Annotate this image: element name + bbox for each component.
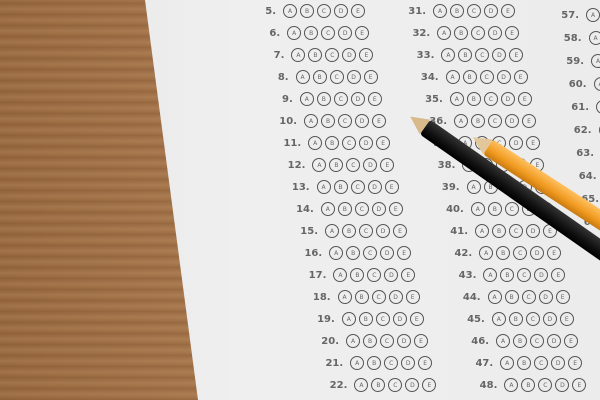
answer-bubble-c[interactable]: C	[480, 70, 494, 84]
question-number: 18.	[307, 292, 331, 303]
answer-bubble-d[interactable]: D	[530, 246, 544, 260]
question-row: 7.ABCDE	[260, 48, 373, 62]
answer-bubble-c[interactable]: C	[509, 224, 523, 238]
answer-bubble-b[interactable]: B	[363, 334, 377, 348]
answer-bubble-d[interactable]: D	[380, 246, 394, 260]
question-number: 44.	[457, 292, 481, 303]
answer-bubble-a[interactable]: A	[504, 378, 518, 392]
answer-bubble-a[interactable]: A	[325, 224, 339, 238]
answer-bubble-e[interactable]: E	[518, 92, 532, 106]
question-number: 20.	[315, 336, 339, 347]
question-row: 31.ABCDE	[402, 4, 515, 18]
answer-bubble-c[interactable]: C	[317, 4, 331, 18]
question-number: 63.	[570, 148, 594, 159]
answer-bubble-c[interactable]: C	[475, 48, 489, 62]
answer-bubble-c[interactable]: C	[534, 356, 548, 370]
question-number: 11.	[277, 138, 301, 149]
answer-bubble-c[interactable]: C	[505, 202, 519, 216]
answer-bubble-e[interactable]: E	[560, 312, 574, 326]
question-number: 46.	[465, 336, 489, 347]
question-row: 17.ABCDE	[302, 268, 415, 282]
answer-bubble-c[interactable]: C	[321, 26, 335, 40]
question-number: 33.	[410, 50, 434, 61]
answer-bubble-b[interactable]: B	[513, 334, 527, 348]
question-number: 5.	[252, 6, 276, 17]
question-row: 32.ABCDE	[406, 26, 519, 40]
answer-bubble-a[interactable]: A	[333, 268, 347, 282]
question-row: 43.ABCDE	[452, 268, 565, 282]
answer-bubble-a[interactable]: A	[488, 290, 502, 304]
answer-bubble-a[interactable]: A	[317, 180, 331, 194]
answer-bubble-a[interactable]: A	[300, 92, 314, 106]
answer-bubble-d[interactable]: D	[397, 334, 411, 348]
answer-bubble-e[interactable]: E	[359, 48, 373, 62]
question-number: 21.	[319, 358, 343, 369]
answer-bubble-e[interactable]: E	[401, 268, 415, 282]
answer-bubble-b[interactable]: B	[334, 180, 348, 194]
question-row: 16.ABCDE	[298, 246, 411, 260]
question-row: 6.ABCDE	[256, 26, 369, 40]
question-number: 62.	[568, 125, 592, 136]
answer-bubble-b[interactable]: B	[471, 114, 485, 128]
question-row: 59.ABCDE	[560, 54, 600, 68]
question-row: 46.ABCDE	[465, 334, 578, 348]
answer-bubble-e[interactable]: E	[410, 312, 424, 326]
question-row: 19.ABCDE	[311, 312, 424, 326]
answer-bubble-e[interactable]: E	[568, 356, 582, 370]
question-row: 34.ABCDE	[415, 70, 528, 84]
answer-bubble-e[interactable]: E	[505, 26, 519, 40]
question-row: 20.ABCDE	[315, 334, 428, 348]
answer-bubble-e[interactable]: E	[355, 26, 369, 40]
question-row: 48.ABCDE	[473, 378, 586, 392]
answer-bubble-c[interactable]: C	[338, 114, 352, 128]
answer-bubble-e[interactable]: E	[376, 136, 390, 150]
answer-bubble-e[interactable]: E	[385, 180, 399, 194]
answer-bubble-a[interactable]: A	[594, 77, 600, 91]
answer-bubble-b[interactable]: B	[325, 136, 339, 150]
answer-bubble-a[interactable]: A	[596, 100, 600, 114]
question-number: 9.	[269, 94, 293, 105]
answer-bubble-c[interactable]: C	[513, 246, 527, 260]
question-number: 41.	[444, 226, 468, 237]
answer-bubble-e[interactable]: E	[393, 224, 407, 238]
answer-bubble-c[interactable]: C	[380, 334, 394, 348]
question-number: 10.	[273, 116, 297, 127]
answer-bubble-a[interactable]: A	[346, 334, 360, 348]
answer-bubble-a[interactable]: A	[450, 92, 464, 106]
question-number: 45.	[461, 314, 485, 325]
question-row: 44.ABCDE	[457, 290, 570, 304]
answer-bubble-b[interactable]: B	[300, 4, 314, 18]
answer-bubble-d[interactable]: D	[376, 224, 390, 238]
question-number: 19.	[311, 314, 335, 325]
answer-bubble-c[interactable]: C	[325, 48, 339, 62]
answer-bubble-b[interactable]: B	[308, 48, 322, 62]
answer-bubble-b[interactable]: B	[342, 224, 356, 238]
answer-bubble-b[interactable]: B	[329, 158, 343, 172]
answer-bubble-e[interactable]: E	[509, 48, 523, 62]
question-number: 17.	[302, 270, 326, 281]
answer-bubble-a[interactable]: A	[454, 114, 468, 128]
question-number: 47.	[469, 358, 493, 369]
question-number: 32.	[406, 28, 430, 39]
answer-bubble-e[interactable]: E	[368, 92, 382, 106]
answer-bubble-d[interactable]: D	[405, 378, 419, 392]
answer-bubble-b[interactable]: B	[355, 290, 369, 304]
answer-bubble-b[interactable]: B	[509, 312, 523, 326]
question-number: 31.	[402, 6, 426, 17]
question-row: 9.ABCDE	[269, 92, 382, 106]
question-row: 10.ABCDE	[273, 114, 386, 128]
answer-bubble-d[interactable]: D	[501, 92, 515, 106]
answer-bubble-c[interactable]: C	[342, 136, 356, 150]
answer-bubble-d[interactable]: D	[372, 202, 386, 216]
answer-bubble-e[interactable]: E	[380, 158, 394, 172]
answer-bubble-a[interactable]: A	[437, 26, 451, 40]
answer-bubble-a[interactable]: A	[354, 378, 368, 392]
answer-bubble-c[interactable]: C	[372, 290, 386, 304]
question-row: 11.ABCDE	[277, 136, 390, 150]
answer-bubble-a[interactable]: A	[479, 246, 493, 260]
answer-bubble-d[interactable]: D	[534, 268, 548, 282]
question-number: 39.	[436, 182, 460, 193]
answer-bubble-e[interactable]: E	[418, 356, 432, 370]
question-number: 6.	[256, 28, 280, 39]
answer-bubble-d[interactable]: D	[347, 70, 361, 84]
answer-bubble-c[interactable]: C	[517, 268, 531, 282]
answer-bubble-a[interactable]: A	[321, 202, 335, 216]
answer-bubble-c[interactable]: C	[367, 268, 381, 282]
answer-bubble-d[interactable]: D	[547, 334, 561, 348]
question-row: 58.ABCDE	[558, 31, 600, 45]
answer-bubble-a[interactable]: A	[589, 31, 600, 45]
question-row: 13.ABCDE	[286, 180, 399, 194]
answer-bubble-c[interactable]: C	[526, 312, 540, 326]
question-row: 5.ABCDE	[252, 4, 365, 18]
answer-bubble-d[interactable]: D	[338, 26, 352, 40]
answer-bubble-b[interactable]: B	[317, 92, 331, 106]
answer-bubble-b[interactable]: B	[359, 312, 373, 326]
question-row: 61.ABCDE	[565, 100, 600, 114]
answer-bubble-e[interactable]: E	[522, 114, 536, 128]
answer-bubble-a[interactable]: A	[467, 180, 481, 194]
answer-bubble-c[interactable]: C	[355, 202, 369, 216]
answer-bubble-d[interactable]: D	[551, 356, 565, 370]
question-number: 13.	[286, 182, 310, 193]
answer-bubble-a[interactable]: A	[296, 70, 310, 84]
question-number: 57.	[555, 10, 579, 21]
answer-bubble-c[interactable]: C	[334, 92, 348, 106]
answer-bubble-b[interactable]: B	[454, 26, 468, 40]
question-row: 21.ABCDE	[319, 356, 432, 370]
answer-bubble-d[interactable]: D	[497, 70, 511, 84]
answer-bubble-c[interactable]: C	[359, 224, 373, 238]
answer-bubble-e[interactable]: E	[514, 70, 528, 84]
answer-bubble-e[interactable]: E	[372, 114, 386, 128]
answer-bubble-c[interactable]: C	[346, 158, 360, 172]
answer-bubble-c[interactable]: C	[376, 312, 390, 326]
question-number: 22.	[323, 380, 347, 391]
question-row: 15.ABCDE	[294, 224, 407, 238]
answer-bubble-e[interactable]: E	[364, 70, 378, 84]
question-number: 35.	[419, 94, 443, 105]
photo-scene: 5.ABCDE6.ABCDE7.ABCDE8.ABCDE9.ABCDE10.AB…	[0, 0, 600, 400]
answer-bubble-d[interactable]: D	[363, 158, 377, 172]
answer-bubble-c[interactable]: C	[330, 70, 344, 84]
answer-bubble-b[interactable]: B	[458, 48, 472, 62]
answer-bubble-a[interactable]: A	[291, 48, 305, 62]
answer-bubble-e[interactable]: E	[397, 246, 411, 260]
answer-bubble-e[interactable]: E	[556, 290, 570, 304]
question-row: 22.ABCDE	[323, 378, 436, 392]
answer-bubble-a[interactable]: A	[329, 246, 343, 260]
answer-bubble-d[interactable]: D	[539, 290, 553, 304]
answer-bubble-a[interactable]: A	[338, 290, 352, 304]
answer-bubble-d[interactable]: D	[505, 114, 519, 128]
answer-bubble-d[interactable]: D	[401, 356, 415, 370]
answer-bubble-a[interactable]: A	[496, 334, 510, 348]
answer-bubble-b[interactable]: B	[500, 268, 514, 282]
answer-bubble-c[interactable]: C	[488, 114, 502, 128]
answer-bubble-d[interactable]: D	[368, 180, 382, 194]
answer-bubble-b[interactable]: B	[496, 246, 510, 260]
answer-bubble-c[interactable]: C	[384, 356, 398, 370]
question-number: 42.	[448, 248, 472, 259]
question-row: 60.ABCDE	[563, 77, 600, 91]
answer-bubble-b[interactable]: B	[350, 268, 364, 282]
question-number: 40.	[440, 204, 464, 215]
answer-bubble-e[interactable]: E	[422, 378, 436, 392]
answer-bubble-d[interactable]: D	[555, 378, 569, 392]
answer-bubble-a[interactable]: A	[308, 136, 322, 150]
question-number: 60.	[563, 79, 587, 90]
answer-bubble-b[interactable]: B	[367, 356, 381, 370]
answer-bubble-d[interactable]: D	[351, 92, 365, 106]
answer-bubble-d[interactable]: D	[359, 136, 373, 150]
answer-bubble-a[interactable]: A	[350, 356, 364, 370]
answer-bubble-c[interactable]: C	[471, 26, 485, 40]
answer-bubble-d[interactable]: D	[488, 26, 502, 40]
answer-bubble-b[interactable]: B	[517, 356, 531, 370]
answer-bubble-d[interactable]: D	[384, 268, 398, 282]
answer-bubble-d[interactable]: D	[342, 48, 356, 62]
question-row: 47.ABCDE	[469, 356, 582, 370]
answer-bubble-a[interactable]: A	[471, 202, 485, 216]
answer-bubble-b[interactable]: B	[338, 202, 352, 216]
answer-bubble-b[interactable]: B	[463, 70, 477, 84]
answer-bubble-e[interactable]: E	[526, 136, 540, 150]
question-row: 35.ABCDE	[419, 92, 532, 106]
answer-bubble-d[interactable]: D	[543, 312, 557, 326]
answer-bubble-b[interactable]: B	[313, 70, 327, 84]
answer-bubble-b[interactable]: B	[488, 202, 502, 216]
question-row: 64.ABCDE	[573, 169, 600, 183]
answer-bubble-d[interactable]: D	[389, 290, 403, 304]
answer-bubble-a[interactable]: A	[342, 312, 356, 326]
answer-bubble-b[interactable]: B	[450, 4, 464, 18]
question-row: 18.ABCDE	[307, 290, 420, 304]
question-number: 7.	[260, 50, 284, 61]
answer-bubble-c[interactable]: C	[351, 180, 365, 194]
answer-bubble-a[interactable]: A	[483, 268, 497, 282]
answer-bubble-e[interactable]: E	[572, 378, 586, 392]
answer-bubble-e[interactable]: E	[547, 246, 561, 260]
answer-bubble-e[interactable]: E	[551, 268, 565, 282]
answer-bubble-a[interactable]: A	[446, 70, 460, 84]
question-row: 63.ABCDE	[570, 146, 600, 160]
question-number: 15.	[294, 226, 318, 237]
answer-bubble-b[interactable]: B	[492, 224, 506, 238]
question-row: 14.ABCDE	[290, 202, 403, 216]
answer-bubble-e[interactable]: E	[501, 4, 515, 18]
answer-bubble-b[interactable]: B	[521, 378, 535, 392]
answer-bubble-a[interactable]: A	[500, 356, 514, 370]
question-row: 8.ABCDE	[265, 70, 378, 84]
question-row: 33.ABCDE	[410, 48, 523, 62]
answer-bubble-a[interactable]: A	[492, 312, 506, 326]
answer-bubble-e[interactable]: E	[389, 202, 403, 216]
answer-bubble-c[interactable]: C	[363, 246, 377, 260]
answer-bubble-a[interactable]: A	[475, 224, 489, 238]
answer-bubble-e[interactable]: E	[406, 290, 420, 304]
answer-bubble-b[interactable]: B	[304, 26, 318, 40]
question-number: 58.	[558, 33, 582, 44]
question-row: 57.ABCDE	[555, 8, 600, 22]
question-number: 48.	[473, 380, 497, 391]
question-number: 61.	[565, 102, 589, 113]
answer-bubble-d[interactable]: D	[334, 4, 348, 18]
answer-bubble-b[interactable]: B	[467, 92, 481, 106]
answer-bubble-c[interactable]: C	[522, 290, 536, 304]
question-number: 8.	[265, 72, 289, 83]
answer-bubble-d[interactable]: D	[509, 136, 523, 150]
answer-bubble-c[interactable]: C	[538, 378, 552, 392]
question-number: 12.	[281, 160, 305, 171]
question-number: 34.	[415, 72, 439, 83]
answer-bubble-a[interactable]: A	[441, 48, 455, 62]
answer-bubble-a[interactable]: A	[591, 54, 600, 68]
answer-bubble-a[interactable]: A	[283, 4, 297, 18]
answer-bubble-e[interactable]: E	[564, 334, 578, 348]
question-row: 45.ABCDE	[461, 312, 574, 326]
answer-bubble-e[interactable]: E	[414, 334, 428, 348]
answer-bubble-a[interactable]: A	[312, 158, 326, 172]
question-number: 16.	[298, 248, 322, 259]
answer-bubble-d[interactable]: D	[393, 312, 407, 326]
answer-bubble-c[interactable]: C	[484, 92, 498, 106]
answer-bubble-d[interactable]: D	[484, 4, 498, 18]
answer-bubble-d[interactable]: D	[492, 48, 506, 62]
question-number: 59.	[560, 56, 584, 67]
question-row: 62.ABCDE	[568, 123, 600, 137]
answer-bubble-c[interactable]: C	[467, 4, 481, 18]
answer-bubble-a[interactable]: A	[586, 8, 600, 22]
answer-bubble-e[interactable]: E	[351, 4, 365, 18]
answer-bubble-c[interactable]: C	[388, 378, 402, 392]
question-row: 12.ABCDE	[281, 158, 394, 172]
question-number: 38.	[431, 160, 455, 171]
question-number: 64.	[573, 171, 597, 182]
answer-bubble-d[interactable]: D	[526, 224, 540, 238]
answer-bubble-c[interactable]: C	[530, 334, 544, 348]
answer-bubble-a[interactable]: A	[287, 26, 301, 40]
answer-bubble-a[interactable]: A	[433, 4, 447, 18]
answer-bubble-b[interactable]: B	[371, 378, 385, 392]
question-number: 14.	[290, 204, 314, 215]
answer-bubble-b[interactable]: B	[321, 114, 335, 128]
answer-bubble-b[interactable]: B	[346, 246, 360, 260]
answer-bubble-d[interactable]: D	[355, 114, 369, 128]
question-number: 43.	[452, 270, 476, 281]
answer-bubble-a[interactable]: A	[304, 114, 318, 128]
question-row: 42.ABCDE	[448, 246, 561, 260]
answer-bubble-b[interactable]: B	[505, 290, 519, 304]
question-row: 41.ABCDE	[444, 224, 557, 238]
